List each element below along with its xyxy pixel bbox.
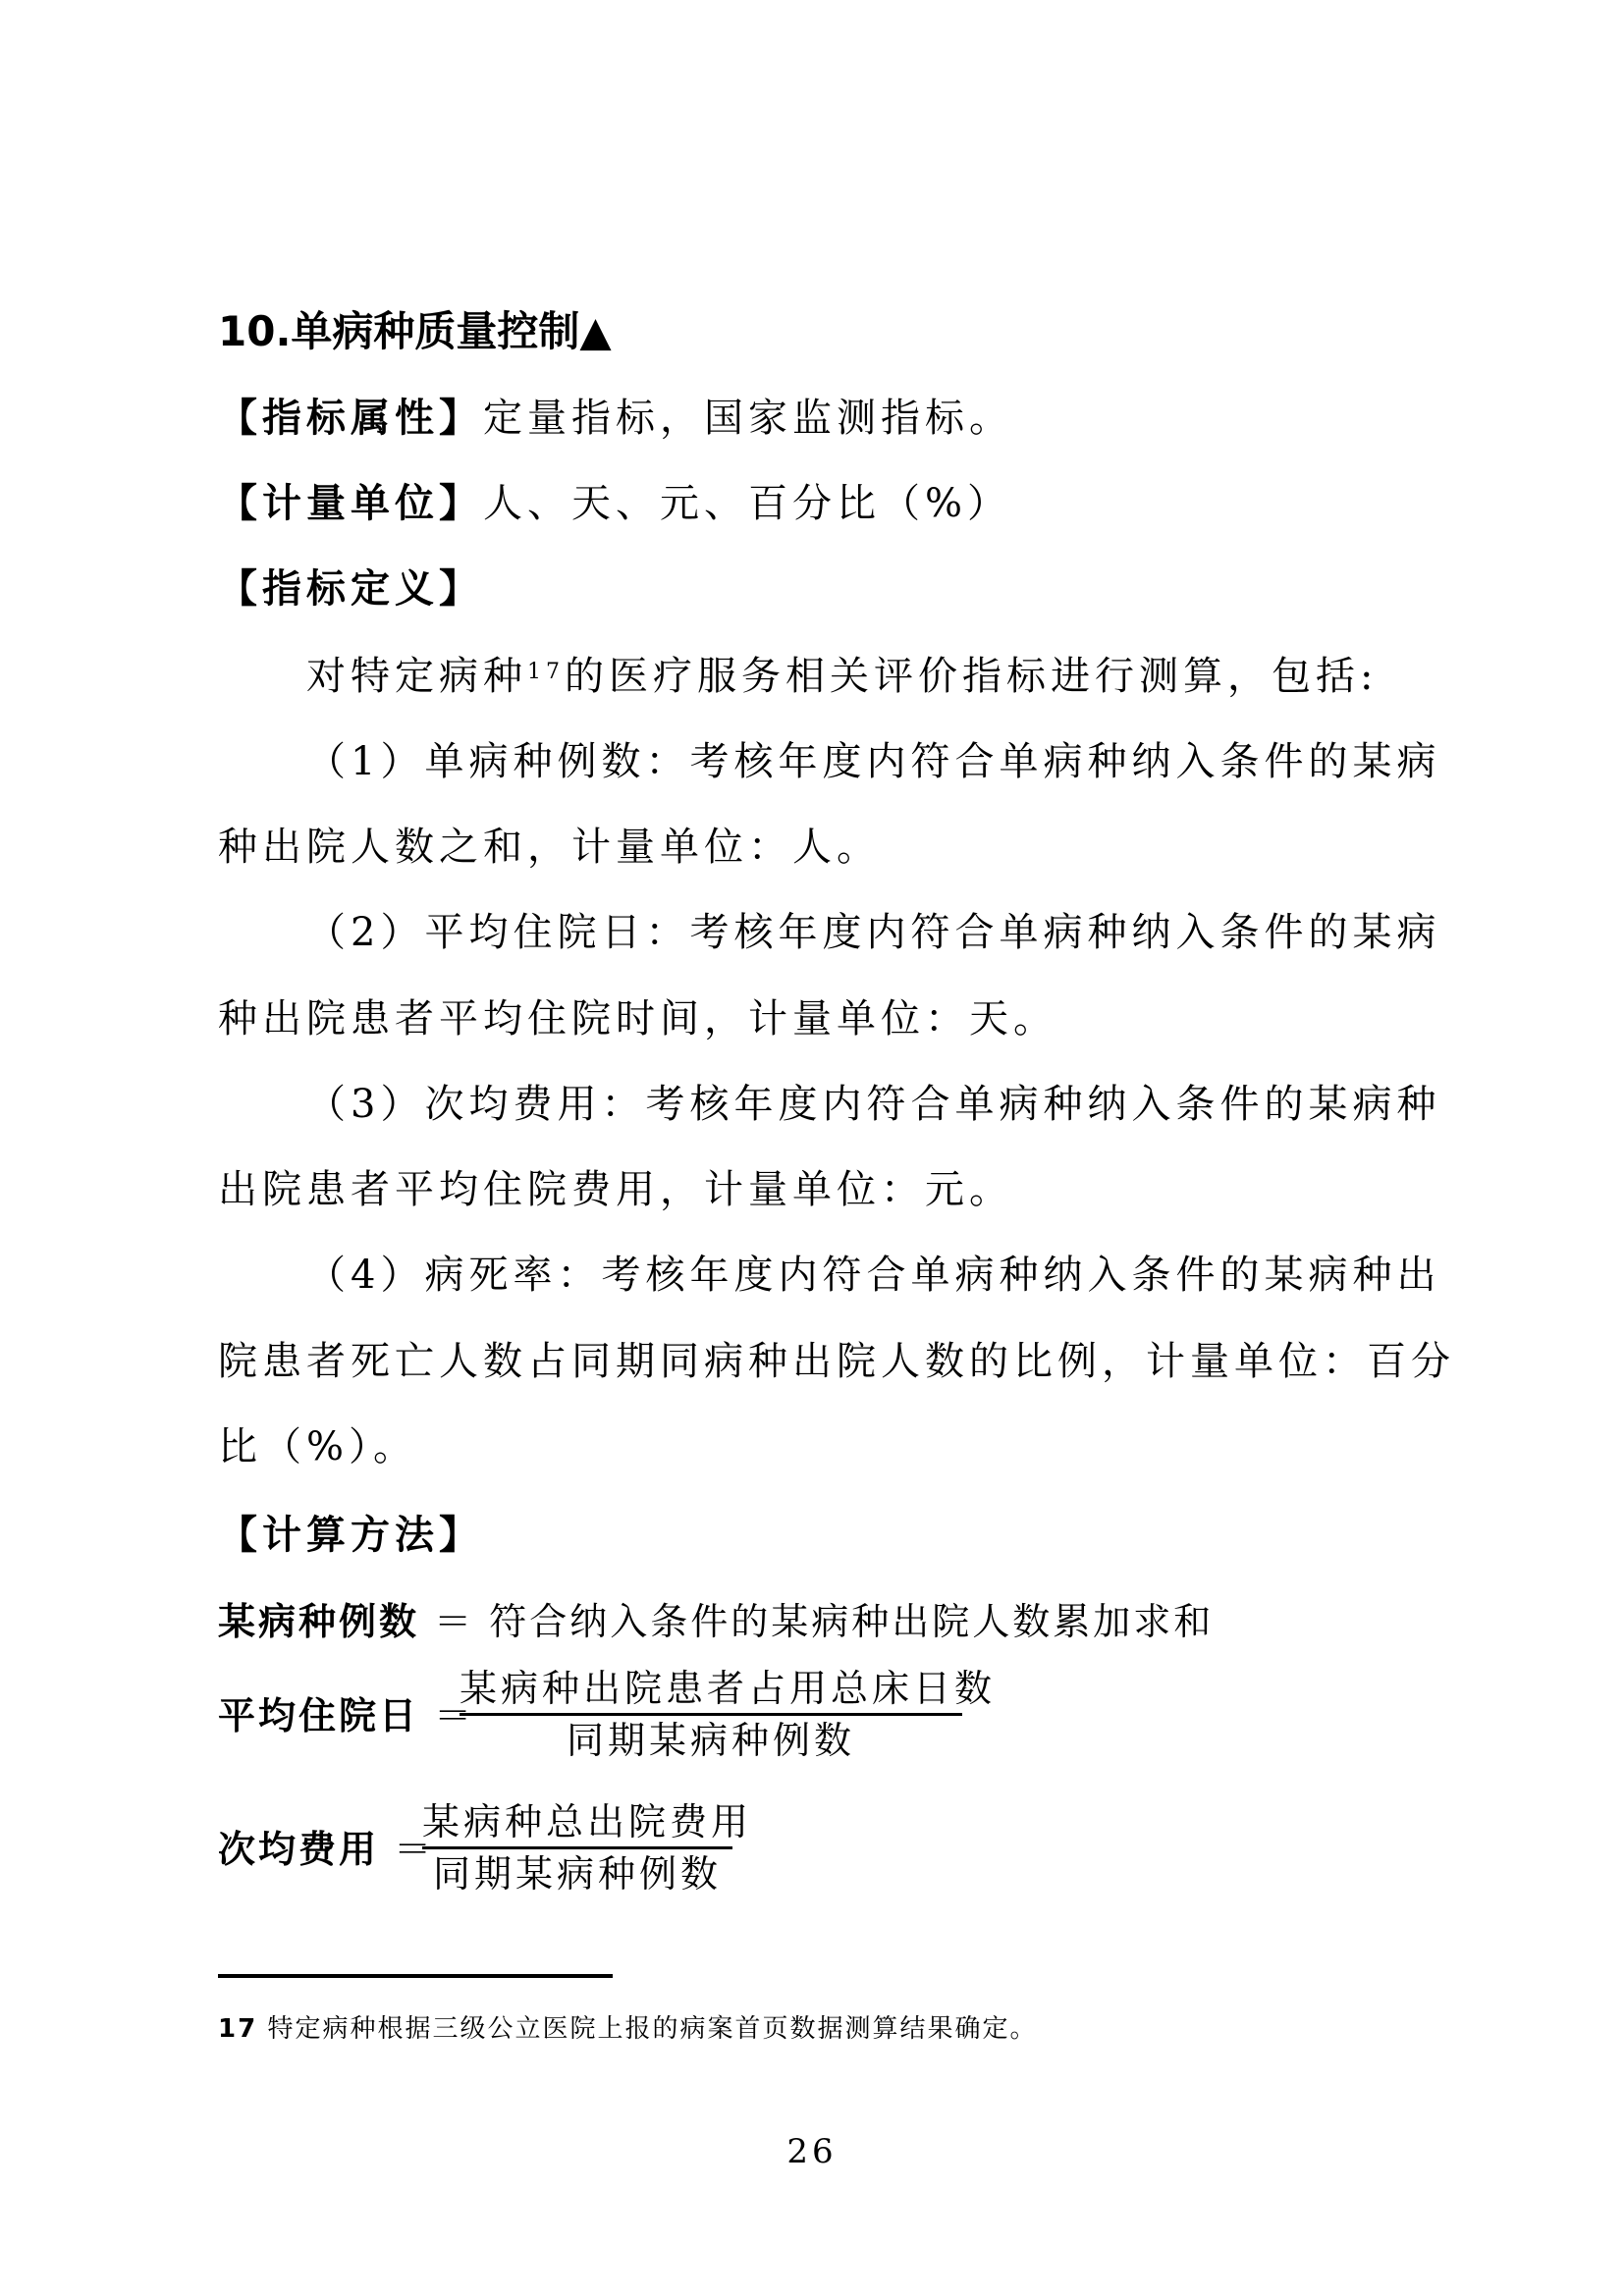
formula-avg-stay-fraction: 某病种出院患者占用总床日数 同期某病种例数 [460,1666,962,1763]
item-2-line-1: （2）平均住院日：考核年度内符合单病种纳入条件的某病 [306,909,1440,956]
method-label: 【计算方法】 [218,1512,483,1559]
formula-rhs: 符合纳入条件的某病种出院人数累加求和 [489,1600,1214,1643]
unit-row: 【计量单位】人、天、元、百分比（%） [218,480,1011,527]
formula-case-count: 某病种例数 ＝ 符合纳入条件的某病种出院人数累加求和 [218,1598,1214,1645]
intro-text: 对特定病种 [306,654,527,699]
definition-intro: 对特定病种17的医疗服务相关评价指标进行测算，包括: [306,653,1378,700]
unit-label: 【计量单位】 [218,481,483,526]
formula-lhs: 某病种例数 [218,1600,419,1643]
item-1-line-2: 种出院人数之和，计量单位：人。 [218,824,881,871]
numerator: 某病种总出院费用 [422,1799,732,1844]
footnote-separator [218,1974,613,1978]
footnote: 17 特定病种根据三级公立医院上报的病案首页数据测算结果确定。 [218,2008,1037,2045]
attribute-value: 定量指标，国家监测指标。 [483,396,1013,441]
footnote-text: 特定病种根据三级公立医院上报的病案首页数据测算结果确定。 [267,2014,1037,2044]
denominator: 同期某病种例数 [460,1718,962,1763]
denominator: 同期某病种例数 [422,1851,732,1896]
intro-text-cont: 的医疗服务相关评价指标进行测算，包括: [565,654,1378,699]
formula-avg-cost-lhs: 次均费用 ＝ [218,1826,434,1873]
footnote-number: 17 [218,2014,257,2044]
item-2-line-2: 种出院患者平均住院时间，计量单位：天。 [218,995,1057,1042]
item-4-line-3: 比（%）。 [218,1423,417,1470]
item-3-line-2: 出院患者平均住院费用，计量单位：元。 [218,1166,1013,1213]
item-4-line-1: （4）病死率：考核年度内符合单病种纳入条件的某病种出 [306,1252,1440,1299]
attribute-row: 【指标属性】定量指标，国家监测指标。 [218,395,1013,442]
numerator: 某病种出院患者占用总床日数 [460,1666,962,1711]
attribute-label: 【指标属性】 [218,396,483,441]
equals-sign: ＝ [434,1600,474,1643]
formula-avg-stay-lhs: 平均住院日 ＝ [218,1692,474,1739]
page-number: 26 [0,2132,1624,2171]
definition-label: 【指标定义】 [218,565,483,613]
formula-avg-cost-fraction: 某病种总出院费用 同期某病种例数 [422,1799,732,1896]
footnote-ref[interactable]: 17 [527,660,565,684]
formula-lhs: 平均住院日 [218,1694,419,1737]
section-title: 10.单病种质量控制▲ [218,308,612,355]
fraction-bar [460,1713,962,1716]
fraction-bar [422,1846,732,1849]
formula-lhs: 次均费用 [218,1828,379,1871]
item-3-line-1: （3）次均费用：考核年度内符合单病种纳入条件的某病种 [306,1081,1440,1128]
unit-value: 人、天、元、百分比（%） [483,481,1011,526]
item-4-line-2: 院患者死亡人数占同期同病种出院人数的比例，计量单位：百分 [218,1338,1455,1385]
item-1-line-1: （1）单病种例数：考核年度内符合单病种纳入条件的某病 [306,738,1440,785]
